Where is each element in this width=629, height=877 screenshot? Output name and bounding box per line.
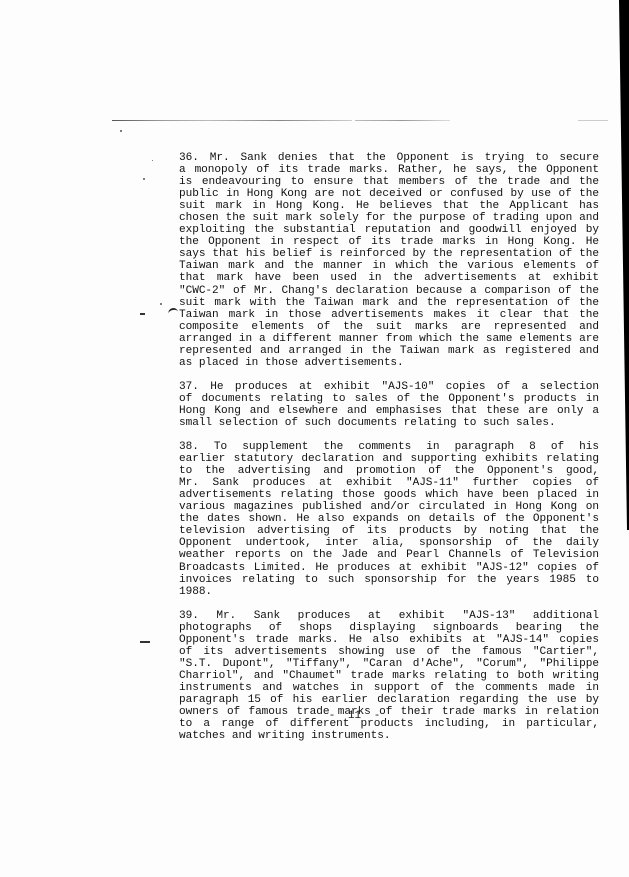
text-line: composite elements of the suit marks are… bbox=[179, 321, 599, 333]
text-line: television advertising of its products b… bbox=[179, 525, 599, 537]
text-line: the Opponent in respect of its trade mar… bbox=[179, 236, 599, 248]
document-body: 36. Mr. Sank denies that the Opponent is… bbox=[179, 152, 599, 754]
text-line: 36. Mr. Sank denies that the Opponent is… bbox=[179, 152, 599, 164]
text-line: that mark have been used in the advertis… bbox=[179, 272, 599, 284]
text-line: advertisements relating those goods whic… bbox=[179, 489, 599, 501]
text-line: Opponent's trade marks. He also exhibits… bbox=[179, 634, 599, 646]
text-line: chosen the suit mark solely for the purp… bbox=[179, 212, 599, 224]
text-line: is endeavouring to ensure that members o… bbox=[179, 176, 599, 188]
scan-speck bbox=[152, 160, 153, 161]
text-line: Broadcasts Limited. He produces at exhib… bbox=[179, 562, 599, 574]
text-line: 38. To supplement the comments in paragr… bbox=[179, 441, 599, 453]
paragraph-38: 38. To supplement the comments in paragr… bbox=[179, 441, 599, 598]
scan-edge-shadow bbox=[615, 0, 629, 530]
text-line: 37. He produces at exhibit "AJS-10" copi… bbox=[179, 381, 599, 393]
text-line: the dates shown. He also expands on deta… bbox=[179, 513, 599, 525]
text-line: exploiting the substantial reputation an… bbox=[179, 224, 599, 236]
text-line: Opponent undertook, inter alia, sponsors… bbox=[179, 537, 599, 549]
text-line: as placed in those advertisements. bbox=[179, 357, 599, 369]
text-line: says that his belief is reinforced by th… bbox=[179, 248, 599, 260]
text-line: "CWC-2" of Mr. Chang's declaration becau… bbox=[179, 285, 599, 297]
text-line: various magazines published and/or circu… bbox=[179, 501, 599, 513]
text-line: of documents relating to sales of the Op… bbox=[179, 393, 599, 405]
text-line: weather reports on the Jade and Pearl Ch… bbox=[179, 549, 599, 561]
margin-mark bbox=[140, 313, 145, 315]
text-line: public in Hong Kong are not deceived or … bbox=[179, 188, 599, 200]
margin-mark bbox=[140, 641, 150, 643]
text-line: of its advertisements showing use of the… bbox=[179, 646, 599, 658]
text-line: instruments and watches in support of th… bbox=[179, 682, 599, 694]
header-rule bbox=[112, 120, 352, 121]
text-line: paragraph 15 of his earlier declaration … bbox=[179, 694, 599, 706]
text-line: 1988. bbox=[179, 586, 599, 598]
scanned-document-page: 36. Mr. Sank denies that the Opponent is… bbox=[0, 0, 629, 877]
text-line: Hong Kong and elsewhere and emphasises t… bbox=[179, 405, 599, 417]
scan-speck bbox=[143, 178, 145, 180]
text-line: 39. Mr. Sank produces at exhibit "AJS-13… bbox=[179, 610, 599, 622]
text-line: Mr. Sank produces at exhibit "AJS-11" fu… bbox=[179, 477, 599, 489]
text-line: represented and arranged in the Taiwan m… bbox=[179, 345, 599, 357]
scan-speck bbox=[160, 303, 162, 305]
text-line: Charriol", and "Chaumet" trade marks rel… bbox=[179, 670, 599, 682]
text-line: watches and writing instruments. bbox=[179, 730, 599, 742]
text-line: suit mark with the Taiwan mark and the r… bbox=[179, 297, 599, 309]
text-line: arranged in a different manner from whic… bbox=[179, 333, 599, 345]
text-line: photographs of shops displaying signboar… bbox=[179, 622, 599, 634]
header-rule-segment bbox=[578, 120, 608, 121]
paragraph-39: 39. Mr. Sank produces at exhibit "AJS-13… bbox=[179, 610, 599, 743]
text-line: suit mark in Hong Kong. He believes that… bbox=[179, 200, 599, 212]
page-number: - 11 - bbox=[0, 710, 629, 722]
paragraph-36: 36. Mr. Sank denies that the Opponent is… bbox=[179, 152, 599, 369]
header-rule-segment bbox=[355, 120, 450, 121]
text-line: Taiwan mark in those advertisements make… bbox=[179, 309, 599, 321]
text-line: "S.T. Dupont", "Tiffany", "Caran d'Ache"… bbox=[179, 658, 599, 670]
text-line: a monopoly of its trade marks. Rather, h… bbox=[179, 164, 599, 176]
paragraph-37: 37. He produces at exhibit "AJS-10" copi… bbox=[179, 381, 599, 429]
text-line: small selection of such documents relati… bbox=[179, 417, 599, 429]
margin-arrow-mark bbox=[167, 307, 178, 316]
text-line: to the advertising and promotion of the … bbox=[179, 465, 599, 477]
text-line: earlier statutory declaration and suppor… bbox=[179, 453, 599, 465]
text-line: invoices relating to such sponsorship fo… bbox=[179, 574, 599, 586]
scan-speck bbox=[120, 130, 122, 132]
text-line: Taiwan mark and the manner in which the … bbox=[179, 260, 599, 272]
